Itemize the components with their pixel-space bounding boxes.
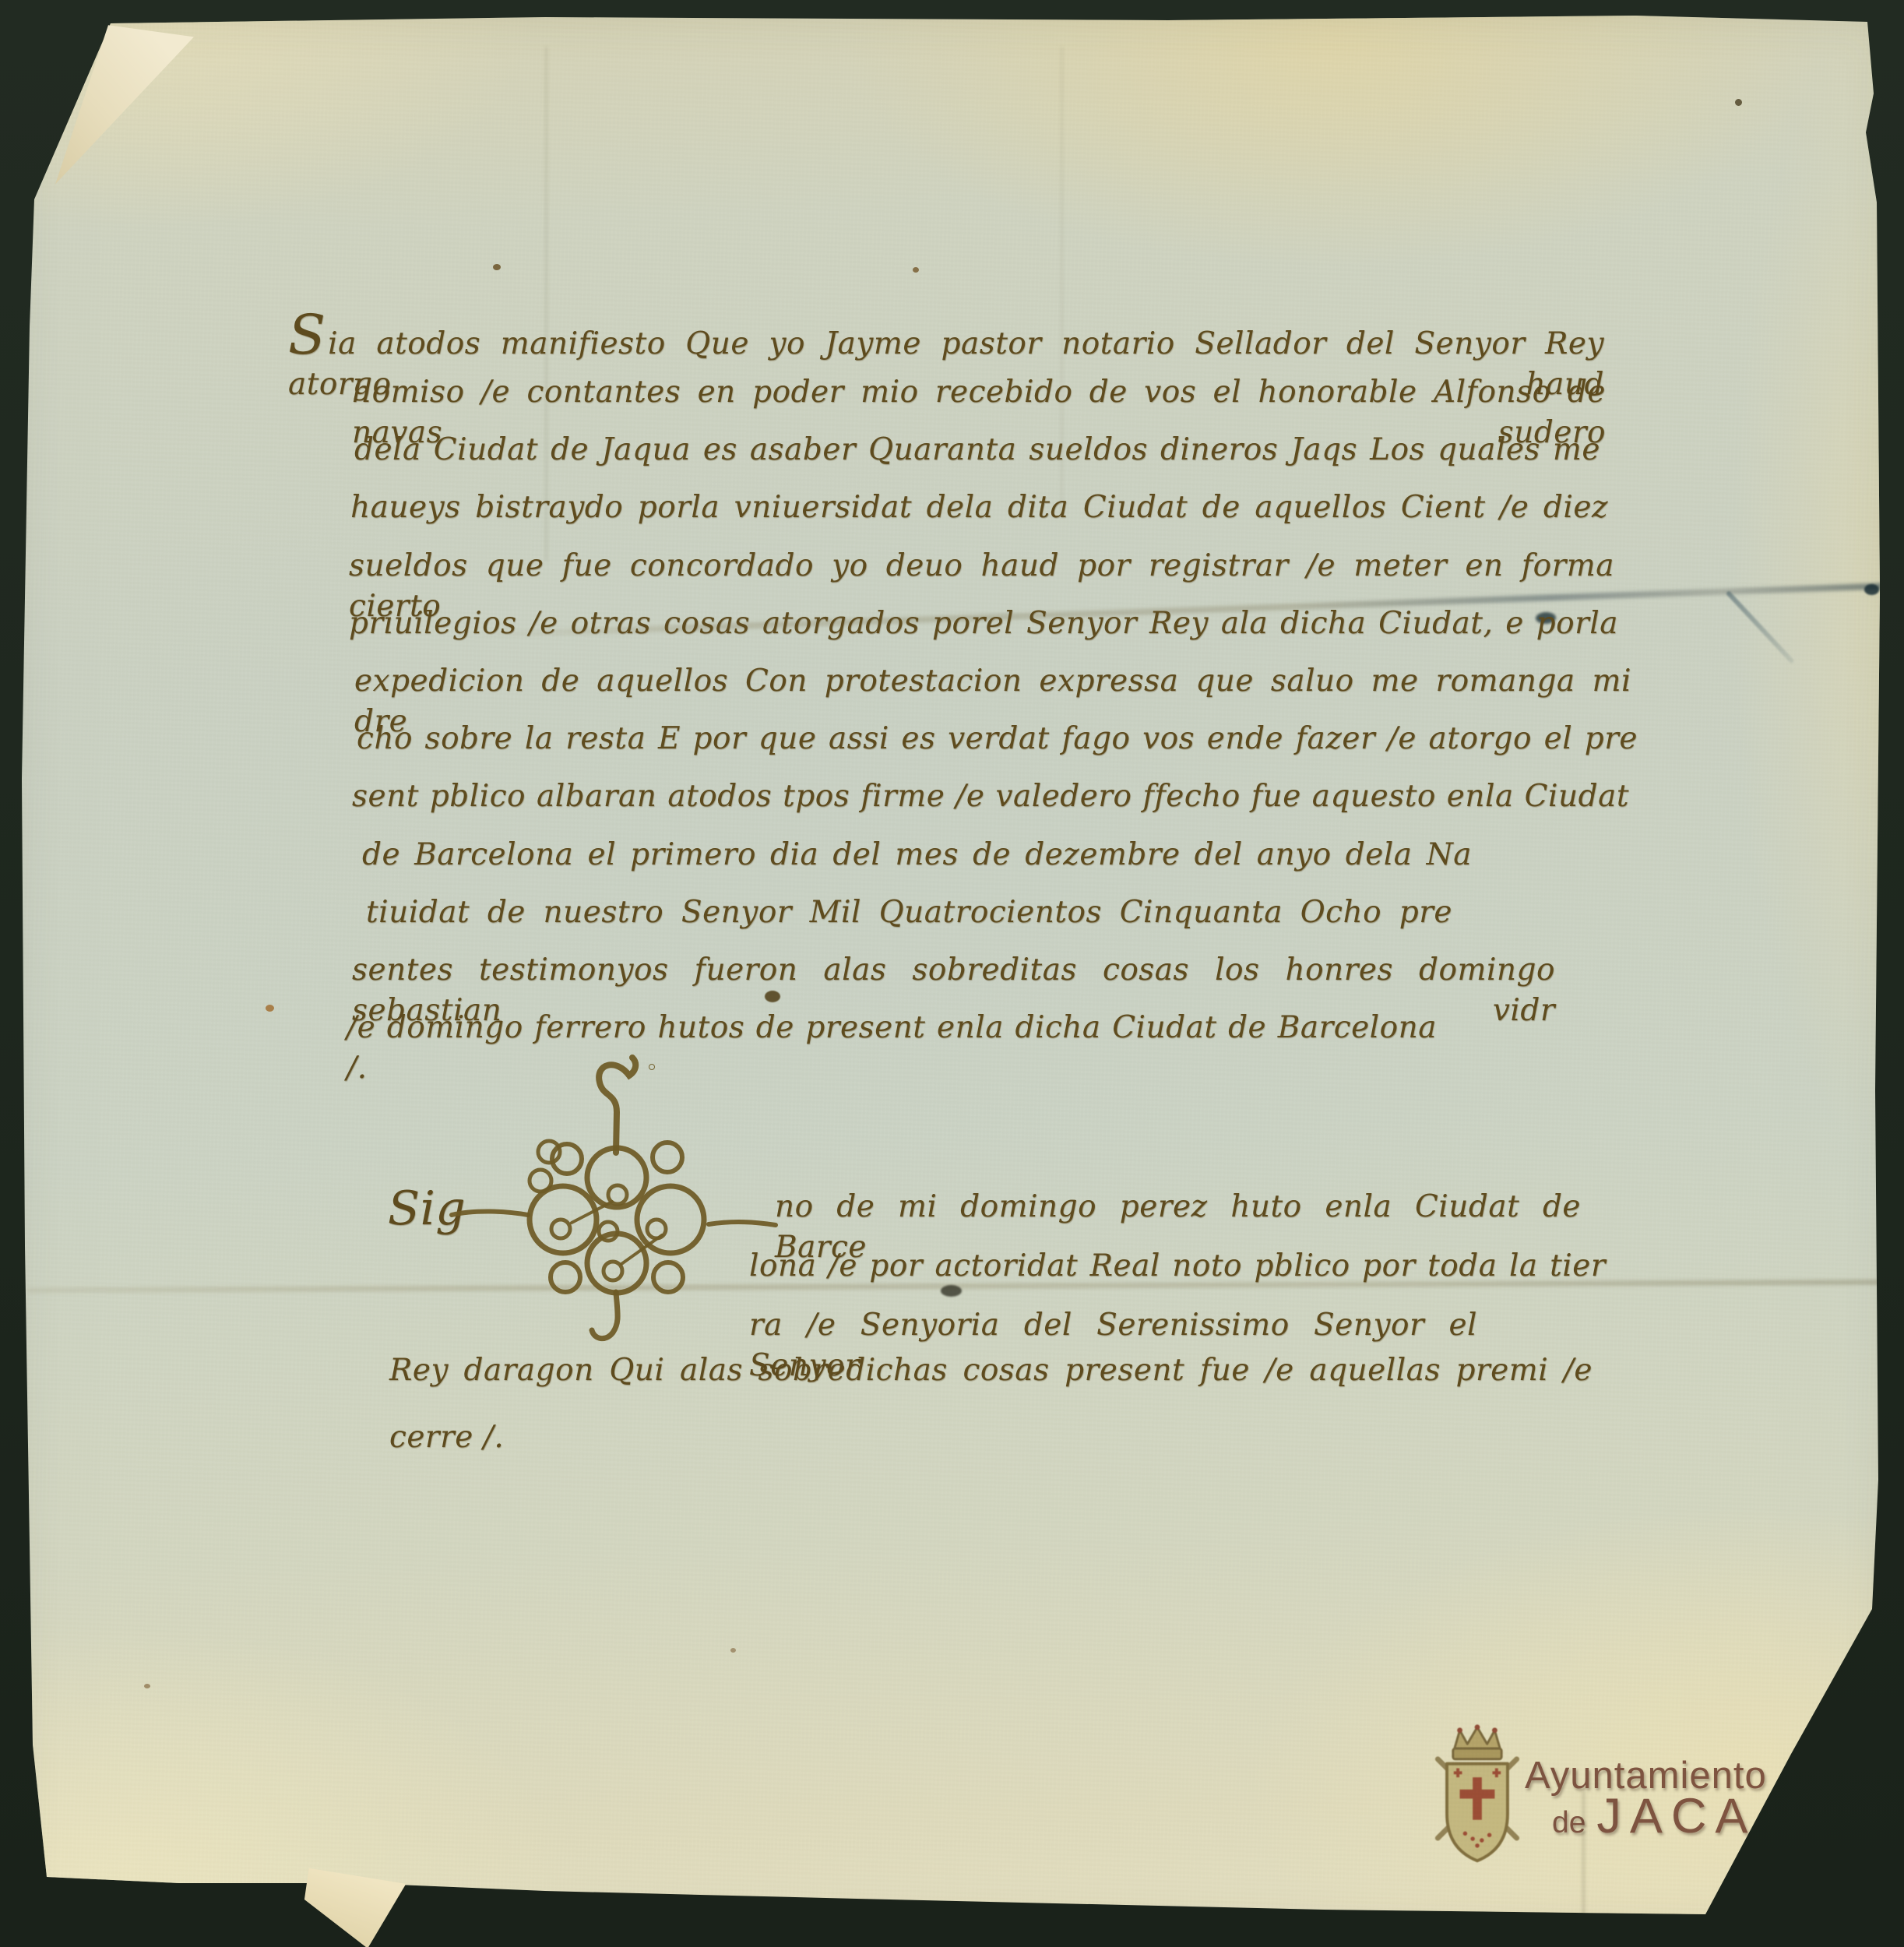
- stain-speck: [144, 1684, 150, 1688]
- jaca-coat-of-arms-icon: [1427, 1723, 1527, 1871]
- watermark-jaca-label: JACA: [1596, 1788, 1756, 1844]
- closing-line: cerre /.: [389, 1417, 504, 1458]
- parchment-sheet: Sia atodos manifiesto Que yo Jayme pasto…: [0, 0, 1904, 1947]
- closing-line: Rey daragon Qui alas sobredichas cosas p…: [389, 1350, 1593, 1391]
- stain-speck: [730, 1648, 736, 1653]
- manuscript-line: sent pblico albaran atodos tpos firme /e…: [352, 776, 1629, 817]
- stain-speck: [266, 1005, 274, 1012]
- manuscript-line: haueys bistraydo porla vniuersidat dela …: [350, 488, 1608, 528]
- watermark-de-label: de: [1552, 1806, 1585, 1840]
- manuscript-line: dela Ciudat de Jaqua es asaber Quaranta …: [354, 430, 1600, 470]
- blue-ink-drip-stain: [1726, 590, 1795, 664]
- stain-speck: [1735, 99, 1742, 106]
- vertical-crease: [545, 47, 547, 561]
- manuscript-line: tiuidat de nuestro Senyor Mil Quatrocien…: [366, 893, 1452, 933]
- ink-blot-edge: [1864, 584, 1879, 595]
- manuscript-line: cho sobre la resta E por que assi es ver…: [357, 719, 1638, 759]
- manuscript-line: de Barcelona el primero dia del mes de d…: [362, 835, 1472, 875]
- manuscript-line: priuilegios /e otras cosas atorgados por…: [349, 604, 1618, 644]
- notarial-signum-icon: [436, 1044, 787, 1355]
- stain-speck: [913, 267, 919, 273]
- scanned-document-photo: Sia atodos manifiesto Que yo Jayme pasto…: [0, 0, 1904, 1947]
- sign-line: lona /e por actoridat Real noto pblico p…: [749, 1246, 1606, 1287]
- watermark-de-jaca-label: de JACA: [1552, 1788, 1756, 1844]
- ink-blot-crease: [941, 1285, 962, 1297]
- stain-speck: [493, 264, 501, 270]
